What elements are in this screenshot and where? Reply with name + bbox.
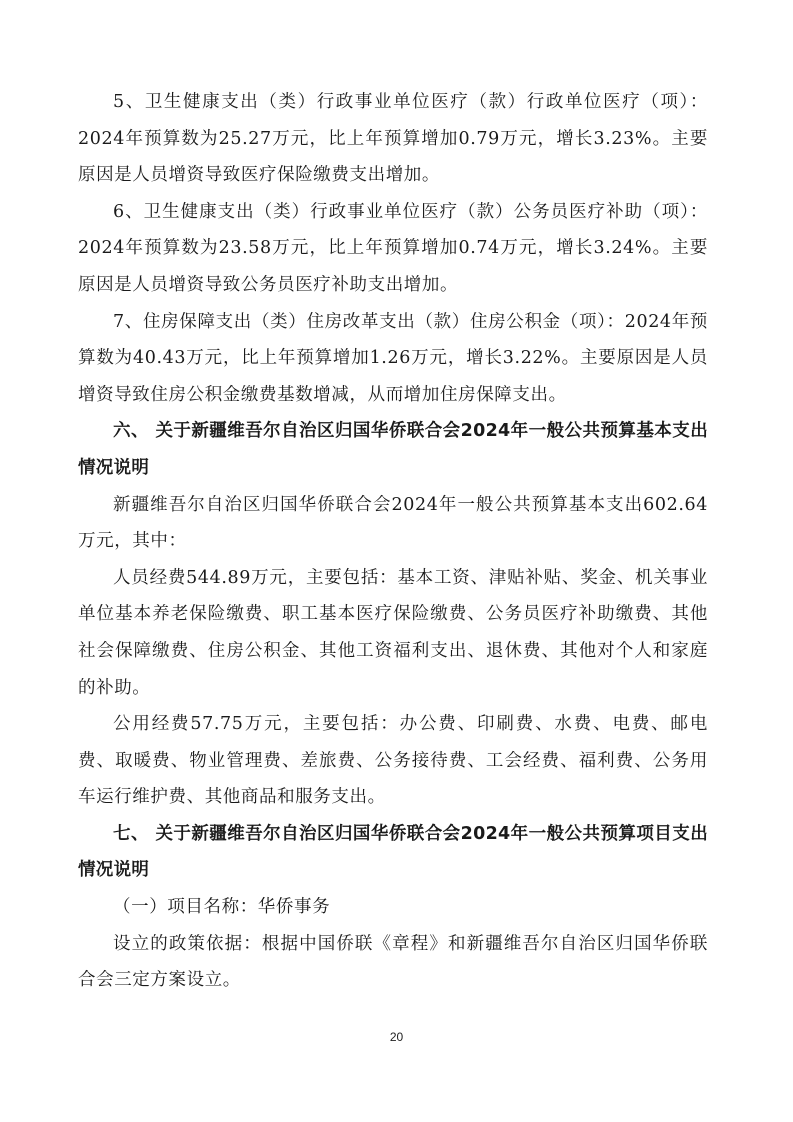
paragraph-item-5-health-admin-medical: 5、卫生健康支出（类）行政事业单位医疗（款）行政单位医疗（项）：2024年预算数…	[78, 84, 708, 194]
paragraph-project-name: （一）项目名称：华侨事务	[78, 889, 708, 926]
paragraph-policy-basis: 设立的政策依据：根据中国侨联《章程》和新疆维吾尔自治区归国华侨联合会三定方案设立…	[78, 926, 708, 999]
paragraph-item-7-housing-fund: 7、住房保障支出（类）住房改革支出（款）住房公积金（项）：2024年预算数为40…	[78, 304, 708, 414]
paragraph-basic-expenditure-total: 新疆维吾尔自治区归国华侨联合会2024年一般公共预算基本支出602.64万元，其…	[78, 487, 708, 560]
paragraph-item-6-civil-servant-medical: 6、卫生健康支出（类）行政事业单位医疗（款）公务员医疗补助（项）：2024年预算…	[78, 194, 708, 304]
page-number: 20	[0, 1030, 793, 1044]
section-heading-6-basic-expenditure: 六、 关于新疆维吾尔自治区归国华侨联合会2024年一般公共预算基本支出情况说明	[78, 413, 708, 486]
section-heading-7-project-expenditure: 七、 关于新疆维吾尔自治区归国华侨联合会2024年一般公共预算项目支出情况说明	[78, 816, 708, 889]
paragraph-personnel-expenses: 人员经费544.89万元，主要包括：基本工资、津贴补贴、奖金、机关事业单位基本养…	[78, 560, 708, 706]
paragraph-public-expenses: 公用经费57.75万元，主要包括：办公费、印刷费、水费、电费、邮电费、取暖费、物…	[78, 706, 708, 816]
document-page: 5、卫生健康支出（类）行政事业单位医疗（款）行政单位医疗（项）：2024年预算数…	[78, 84, 708, 999]
